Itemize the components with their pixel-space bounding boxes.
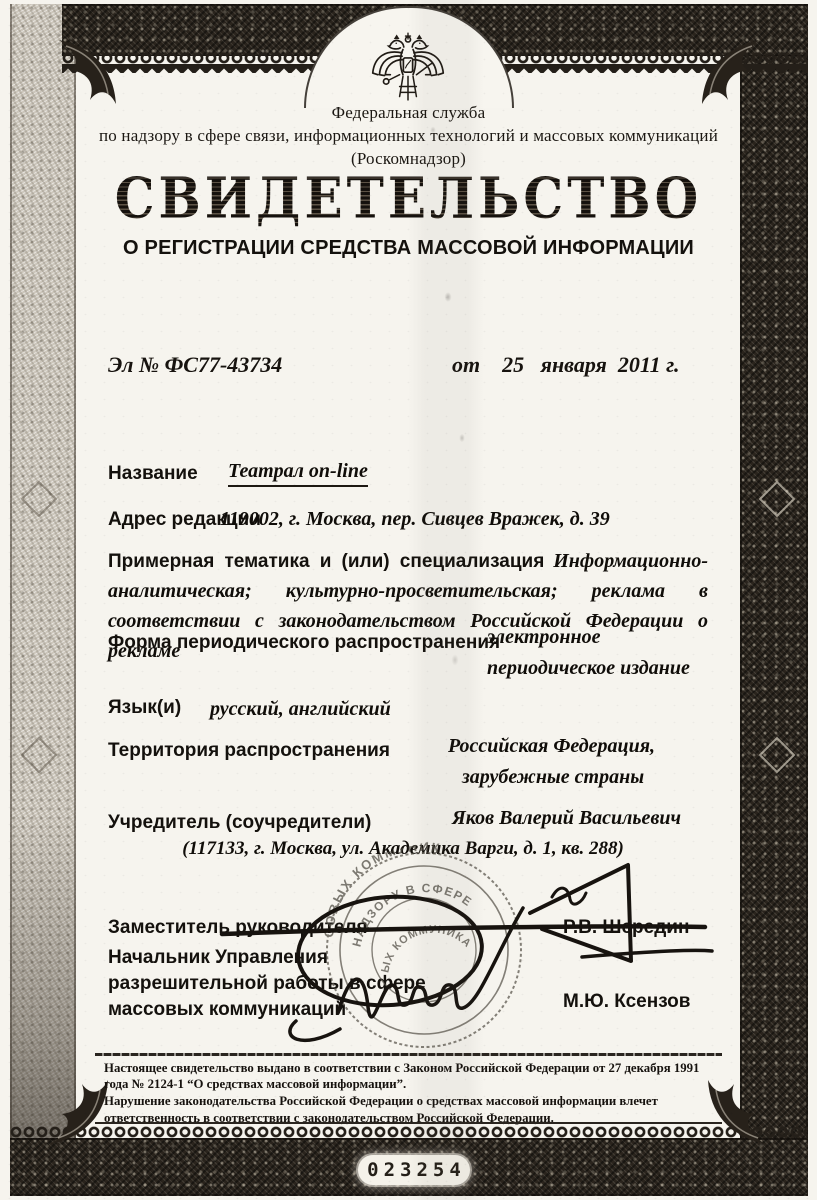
field-name-value: Театрал on-line [228, 460, 368, 487]
border-ring-ornament-bottom [10, 1126, 808, 1138]
footnote-paragraph-2: Нарушение законодательства Российской Фе… [104, 1093, 716, 1125]
field-form-value-line2: периодическое издание [487, 657, 690, 680]
header-agency-line2: по надзору в сфере связи, информационных… [0, 126, 817, 146]
handwritten-signatures [200, 845, 740, 1060]
footnote-text: Настоящее свидетельство выдано в соответ… [104, 1060, 716, 1127]
field-form-label: Форма периодического распространения [108, 632, 500, 654]
signature-deputy-spike-icon [530, 865, 631, 961]
field-founder-label: Учредитель (соучредители) [108, 812, 371, 834]
signature-deputy-strike-icon [222, 926, 705, 934]
footnote-paragraph-1: Настоящее свидетельство выдано в соответ… [104, 1060, 716, 1092]
field-language-value: русский, английский [210, 698, 391, 721]
field-territory-value-line1: Российская Федерация, [448, 735, 655, 758]
registration-date: от 25 января 2011 г. [452, 352, 680, 378]
field-form-value-line1: электронное [487, 626, 600, 649]
serial-number: 023254 [362, 1159, 466, 1181]
footnote-rule-bottom [95, 1122, 722, 1124]
certificate-title: СВИДЕТЕЛЬСТВО [0, 165, 817, 231]
field-name-label: Название [108, 463, 198, 485]
certificate-subtitle: О РЕГИСТРАЦИИ СРЕДСТВА МАССОВОЙ ИНФОРМАЦ… [0, 237, 817, 260]
field-language-label: Язык(и) [108, 697, 181, 719]
field-territory-label: Территория распространения [108, 740, 390, 762]
field-address-value: 119002, г. Москва, пер. Сивцев Вражек, д… [220, 508, 610, 531]
signature-chief-stroke-icon [338, 908, 523, 1017]
signature-chief-stroke-icon [290, 1021, 340, 1040]
certificate-page: Федеральная служба по надзору в сфере св… [0, 0, 817, 1200]
field-theme-label: Примерная тематика и (или) специализация [108, 551, 544, 572]
header-agency-line1: Федеральная служба [0, 103, 817, 123]
field-territory-value-line2: зарубежные страны [462, 766, 644, 789]
serial-number-plate: 023254 [358, 1155, 470, 1185]
coat-of-arms-icon [366, 26, 450, 110]
registration-number: Эл № ФС77-43734 [108, 352, 282, 378]
